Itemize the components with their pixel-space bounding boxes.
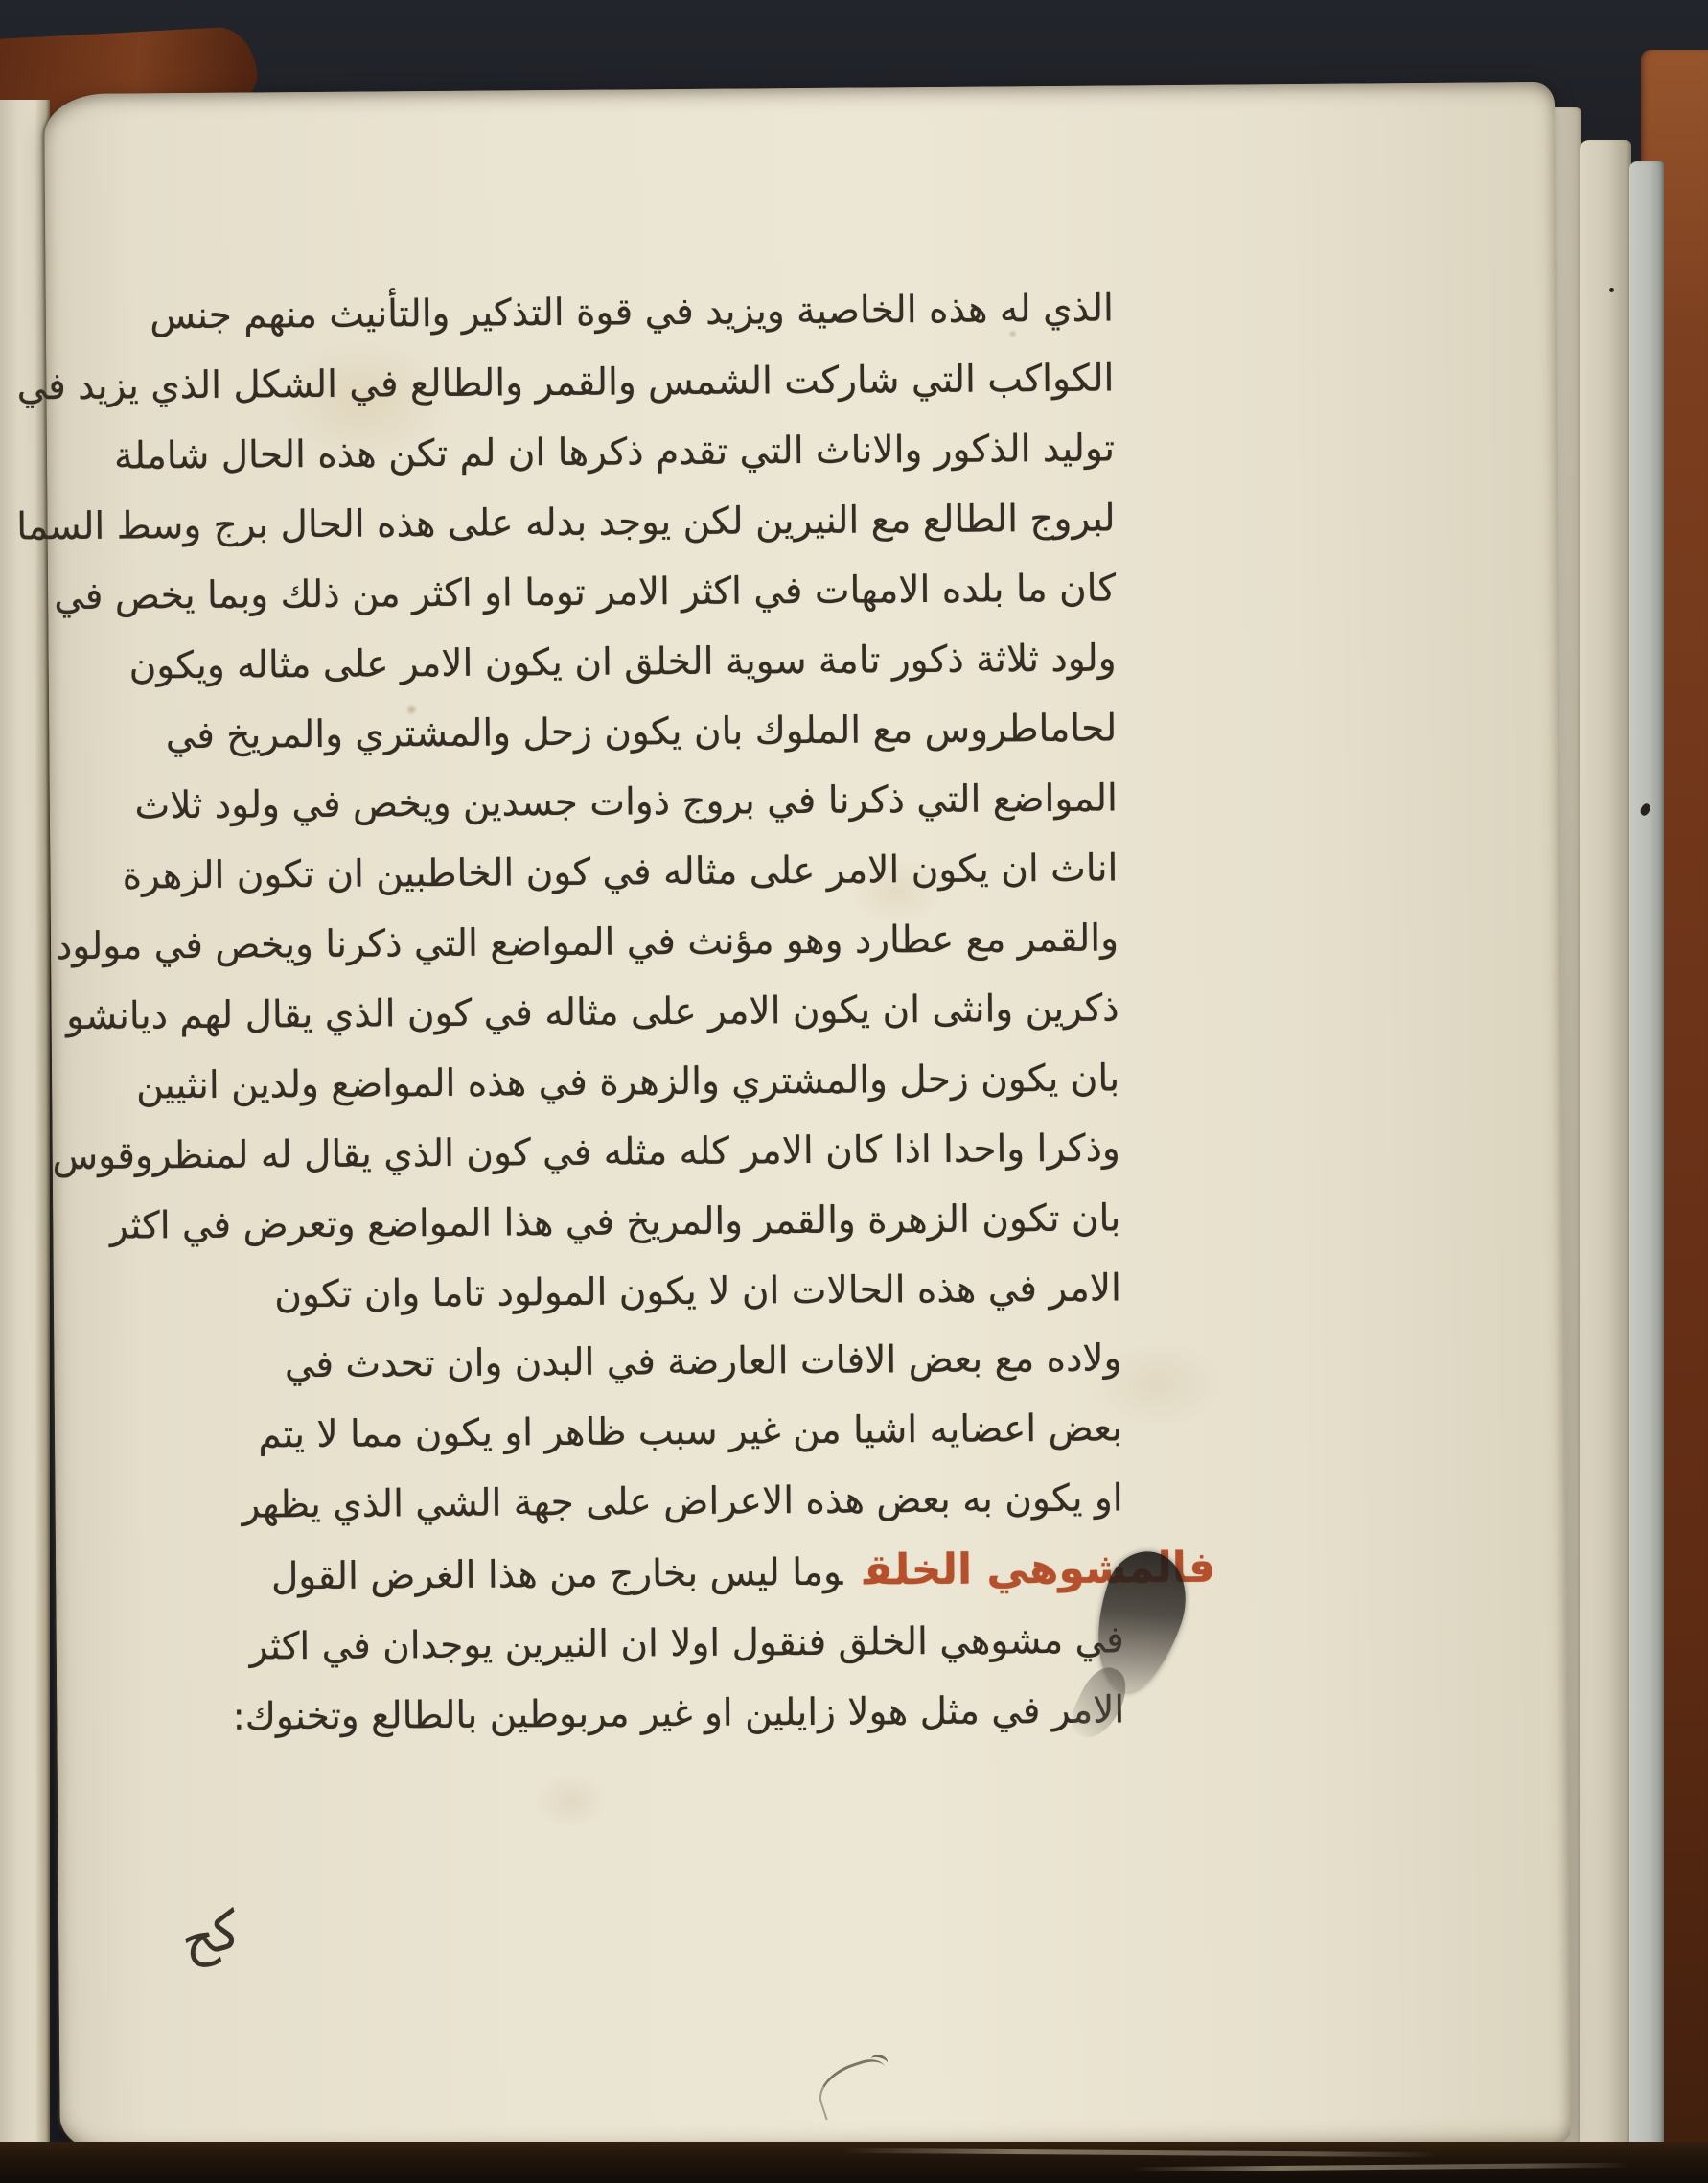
text-line: ذكرين وانثى ان يكون الامر على مثاله في ك… <box>108 973 1119 1051</box>
text-line: بعض اعضايه اشيا من غير سبب ظاهر او يكون … <box>112 1393 1123 1471</box>
manuscript-photo: الذي له هذه الخاصية ويزيد في قوة التذكير… <box>0 0 1708 2183</box>
text-line: بان يكون زحل والمشتري والزهرة في هذه الم… <box>109 1043 1120 1121</box>
text-line: الكواكب التي شاركت الشمس والقمر والطالع … <box>104 343 1115 421</box>
page-edge-stack-2 <box>1580 140 1631 2154</box>
quire-mark: كح <box>174 1898 245 1971</box>
text-line: والقمر مع عطارد وهو مؤنث في المواضع التي… <box>108 903 1119 981</box>
text-line: كان ما بلده الامهات في اكثر الامر توما ا… <box>105 553 1117 631</box>
text-line: توليد الذكور والاناث التي تقدم ذكرها ان … <box>104 413 1116 491</box>
manuscript-page: الذي له هذه الخاصية ويزيد في قوة التذكير… <box>44 82 1571 2155</box>
text-line: لبروج الطالع مع النيرين لكن يوجد بدله عل… <box>104 483 1116 561</box>
text-line: بان تكون الزهرة والقمر والمريخ في هذا ال… <box>110 1183 1121 1261</box>
text-line: الذي له هذه الخاصية ويزيد في قوة التذكير… <box>104 273 1115 351</box>
text-line: الامر في مثل هولا زايلين او غير مربوطين … <box>114 1675 1125 1753</box>
ink-speck <box>1609 288 1614 292</box>
text-line: المواضع التي ذكرنا في بروج ذوات جسدين وي… <box>107 763 1119 841</box>
page-edge-stack-3 <box>1629 161 1664 2154</box>
text-line: لحاماطروس مع الملوك بان يكون زحل والمشتر… <box>106 693 1118 771</box>
text-line: الامر في هذه الحالات ان لا يكون المولود … <box>111 1253 1122 1331</box>
text-line: او يكون به بعض هذه الاعراض على جهة الشي … <box>112 1463 1123 1541</box>
main-text-block: الذي له هذه الخاصية ويزيد في قوة التذكير… <box>104 273 1125 1753</box>
text-line-with-rubric: فالمشوهي الخلقوما ليس بخارج من هذا الغرض… <box>75 1533 1216 1614</box>
text-line: وذكرا واحدا اذا كان الامر كله مثله في كو… <box>109 1113 1120 1191</box>
text-line: ولود ثلاثة ذكور تامة سوية الخلق ان يكون … <box>105 623 1117 701</box>
rubric-line-continuation: وما ليس بخارج من هذا الغرض القول <box>271 1551 843 1599</box>
text-line: ولاده مع بعض الافات العارضة في البدن وان… <box>111 1323 1122 1401</box>
text-line: اناث ان يكون الامر على مثاله في كون الخا… <box>107 833 1119 911</box>
text-line: في مشوهي الخلق فنقول اولا ان النيرين يوج… <box>113 1605 1124 1683</box>
